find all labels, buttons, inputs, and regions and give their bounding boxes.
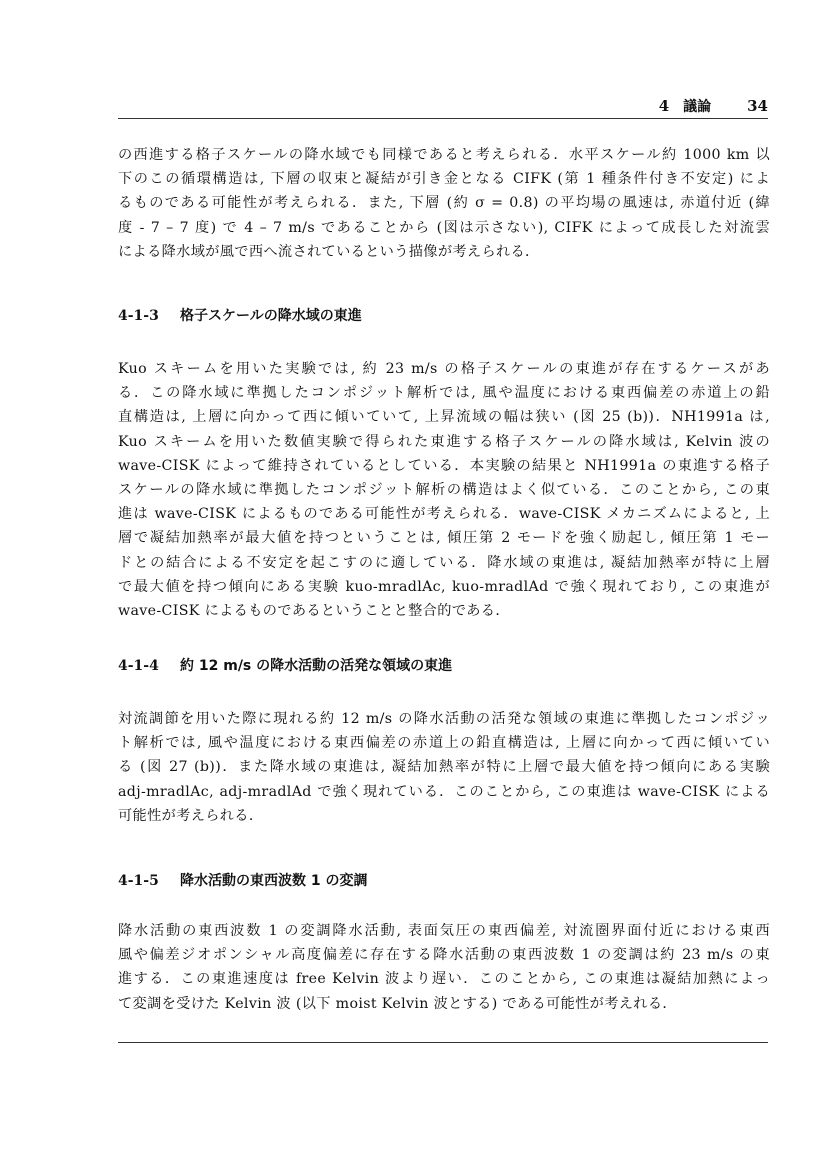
chapter-number: 4 (659, 97, 669, 115)
section-4-1-3-paragraph: Kuo スキームを用いた実験では, 約 23 m/s の格子スケールの東進が存在… (118, 357, 770, 623)
text-line: ドとの結合による不安定を起こすのに適している．降水域の東進は, 凝結加熱率が特に… (118, 551, 770, 575)
text-line: Kuo スキームを用いた実験では, 約 23 m/s の格子スケールの東進が存在… (118, 357, 770, 381)
text-line: スケールの降水域に準拠したコンポジット解析の構造はよく似ている．このことから, … (118, 478, 770, 502)
section-number: 4-1-4 (118, 658, 180, 674)
section-title: 降水活動の東西波数 1 の変調 (180, 873, 368, 889)
text-line: ト解析では, 風や温度における東西偏差の赤道上の鉛直構造は, 上層に向かって西に… (118, 731, 770, 755)
intro-paragraph: の西進する格子スケールの降水域でも同様であると考えられる．水平スケール約 100… (118, 143, 770, 264)
header-rule (118, 118, 768, 119)
section-heading-4-1-5: 4-1-5降水活動の東西波数 1 の変調 (118, 870, 368, 890)
section-heading-4-1-3: 4-1-3格子スケールの降水域の東進 (118, 305, 362, 325)
section-heading-4-1-4: 4-1-4約 12 m/s の降水活動の活発な領域の東進 (118, 655, 452, 675)
section-title: 約 12 m/s の降水活動の活発な領域の東進 (180, 658, 452, 674)
text-line: るものである可能性が考えられる．また, 下層 (約 σ = 0.8) の平均場の… (118, 191, 770, 215)
text-line: る．この降水域に準拠したコンポジット解析では, 風や温度における東西偏差の赤道上… (118, 381, 770, 405)
text-line: て変調を受けた Kelvin 波 (以下 moist Kelvin 波とする) … (118, 992, 770, 1016)
text-line: 度 - 7 – 7 度) で 4 – 7 m/s であることから (図は示さない… (118, 216, 770, 240)
footer-rule (118, 1042, 768, 1043)
text-line: 対流調節を用いた際に現れる約 12 m/s の降水活動の活発な領域の東進に準拠し… (118, 707, 770, 731)
section-number: 4-1-3 (118, 308, 180, 324)
text-line: 降水活動の東西波数 1 の変調降水活動, 表面気圧の東西偏差, 対流圏界面付近に… (118, 919, 770, 943)
text-line: る (図 27 (b))．また降水域の東進は, 凝結加熱率が特に上層で最大値を持… (118, 755, 770, 779)
page-number: 34 (747, 97, 768, 115)
text-line: Kuo スキームを用いた数値実験で得られた東進する格子スケールの降水域は, Ke… (118, 430, 770, 454)
text-line: 進する．この東進速度は free Kelvin 波より遅い．このことから, この… (118, 967, 770, 991)
text-line: 直構造は, 上層に向かって西に傾いていて, 上昇流域の幅は狭い (図 25 (b… (118, 405, 770, 429)
section-4-1-4-paragraph: 対流調節を用いた際に現れる約 12 m/s の降水活動の活発な領域の東進に準拠し… (118, 707, 770, 828)
text-line: 層で凝結加熱率が最大値を持つということは, 傾圧第 2 モードを強く励起し, 傾… (118, 526, 770, 550)
text-line: wave-CISK によるものであるということと整合的である． (118, 599, 770, 623)
text-line: 進は wave-CISK によるものである可能性が考えられる．wave-CISK… (118, 502, 770, 526)
chapter-title: 議論 (683, 96, 711, 116)
text-line: 下のこの循環構造は, 下層の収束と凝結が引き金となる CIFK (第 1 種条件… (118, 167, 770, 191)
text-line: 可能性が考えられる． (118, 804, 770, 828)
section-title: 格子スケールの降水域の東進 (180, 308, 362, 324)
text-line: wave-CISK によって維持されているとしている．本実験の結果と NH199… (118, 454, 770, 478)
text-line: による降水域が風で西へ流されているという描像が考えられる． (118, 240, 770, 264)
text-line: で最大値を持つ傾向にある実験 kuo-mradlAc, kuo-mradlAd … (118, 575, 770, 599)
section-4-1-5-paragraph: 降水活動の東西波数 1 の変調降水活動, 表面気圧の東西偏差, 対流圏界面付近に… (118, 919, 770, 1016)
text-line: 風や偏差ジオポンシャル高度偏差に存在する降水活動の東西波数 1 の変調は約 23… (118, 943, 770, 967)
section-number: 4-1-5 (118, 873, 180, 889)
running-header: 4 議論 34 (118, 96, 768, 116)
text-line: adj-mradlAc, adj-mradlAd で強く現れている．このことから… (118, 780, 770, 804)
text-line: の西進する格子スケールの降水域でも同様であると考えられる．水平スケール約 100… (118, 143, 770, 167)
